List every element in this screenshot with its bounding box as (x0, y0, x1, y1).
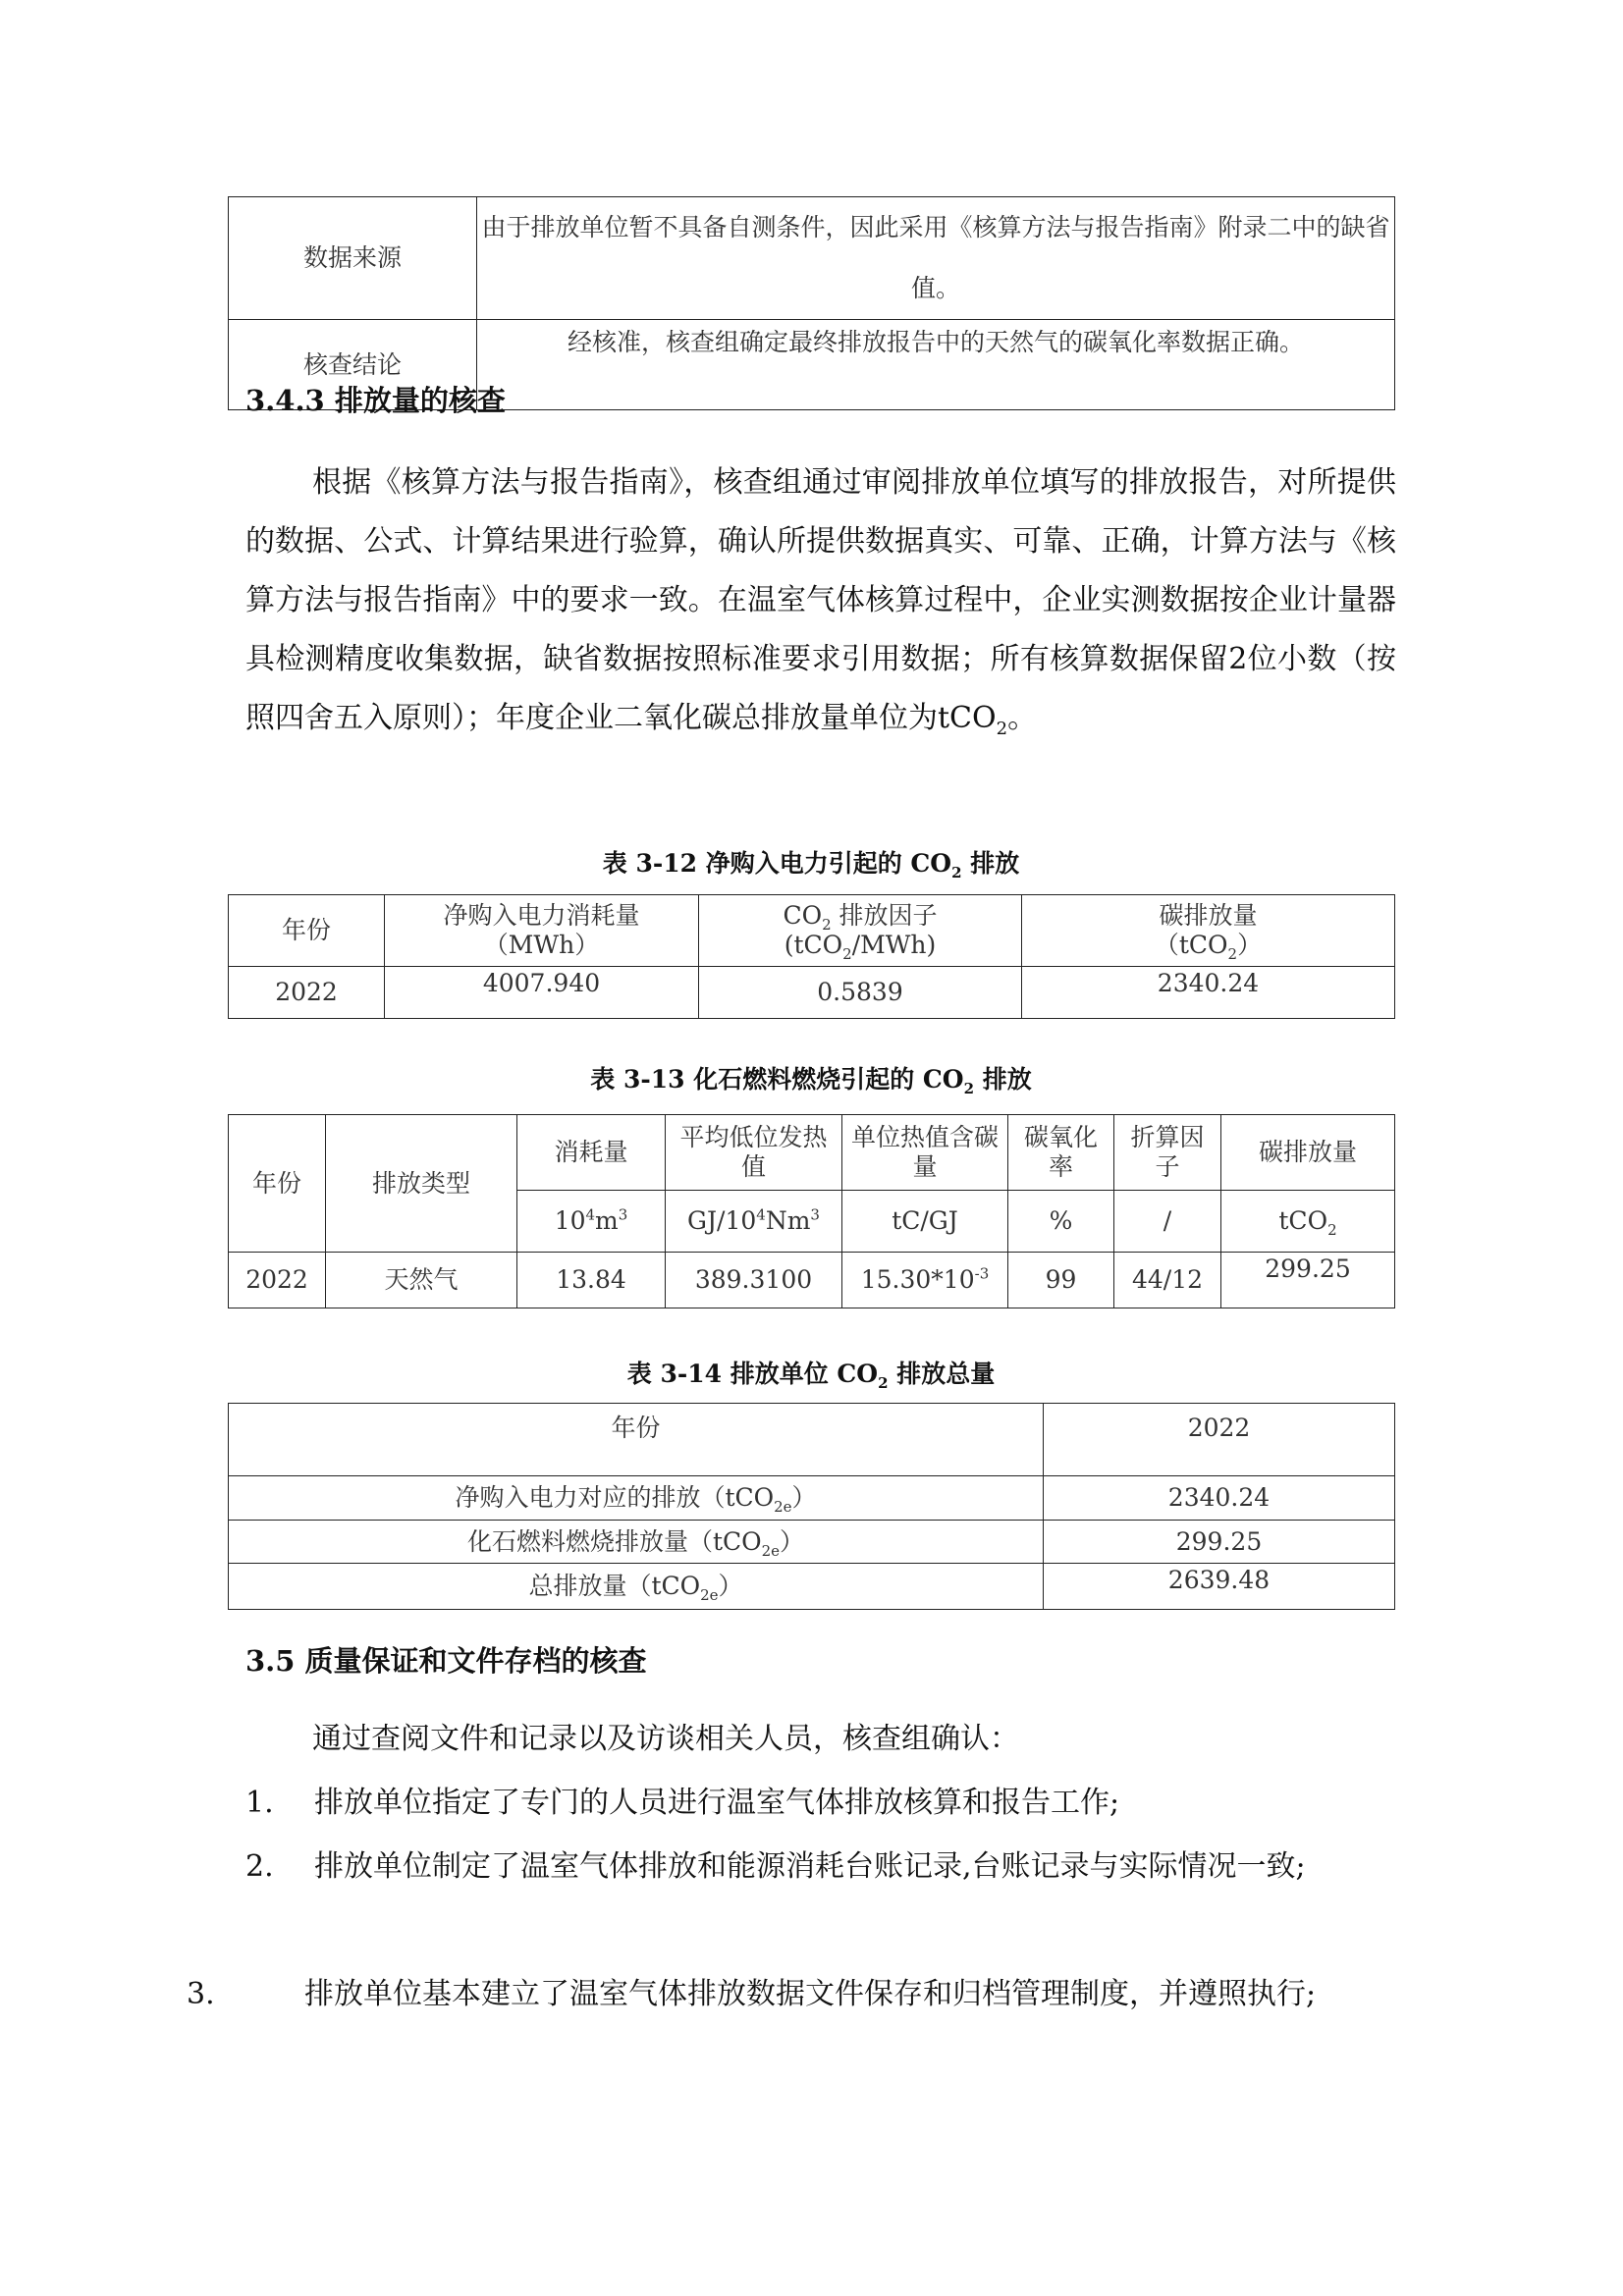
header-consumption: 净购入电力消耗量 （MWh） (385, 895, 699, 967)
table-row: 化石燃料燃烧排放量（tCO2e） 299.25 (229, 1521, 1395, 1564)
header-conversion: 折算因子 (1114, 1115, 1221, 1191)
paragraph-text: 根据《核算方法与报告指南》，核查组通过审阅排放单位填写的排放报告，对所提供的数据… (245, 465, 1396, 735)
row-text: 经核准，核查组确定最终排放报告中的天然气的碳氧化率数据正确。 (477, 320, 1395, 410)
header-emission: 碳排放量 （tCO2） (1022, 895, 1395, 967)
unit-consumption: 104m3 (517, 1191, 666, 1253)
table-row: 总排放量（tCO2e） 2639.48 (229, 1564, 1395, 1610)
header-emission: 碳排放量 (1221, 1115, 1395, 1191)
cell-emission: 299.25 (1221, 1253, 1395, 1308)
table-313: 年份 排放类型 消耗量 平均低位发热值 单位热值含碳量 碳氧化率 折算因子 碳排… (228, 1114, 1395, 1308)
header-year: 年份 (229, 1115, 326, 1253)
row-value: 2340.24 (1044, 1476, 1395, 1521)
cell-carbon-content: 15.30*10-3 (842, 1253, 1008, 1308)
table-313-caption: 表 3-13 化石燃料燃烧引起的 CO2 排放 (228, 1060, 1394, 1095)
cell-consumption: 4007.940 (385, 967, 699, 1019)
section-343-paragraph: 根据《核算方法与报告指南》，核查组通过审阅排放单位填写的排放报告，对所提供的数据… (245, 454, 1396, 748)
row-label: 化石燃料燃烧排放量（tCO2e） (229, 1521, 1044, 1564)
table-314-caption: 表 3-14 排放单位 CO2 排放总量 (228, 1355, 1394, 1390)
table-header-row: 年份 净购入电力消耗量 （MWh） CO2 排放因子 (tCO2/MWh) 碳排… (229, 895, 1395, 967)
list-item: 2.排放单位制定了温室气体排放和能源消耗台账记录,台账记录与实际情况一致; (245, 1838, 1396, 1896)
header-oxidation: 碳氧化率 (1008, 1115, 1114, 1191)
list-text: 排放单位制定了温室气体排放和能源消耗台账记录,台账记录与实际情况一致; (314, 1849, 1306, 1884)
row-label: 数据来源 (229, 197, 477, 320)
cell-conversion: 44/12 (1114, 1253, 1221, 1308)
list-text: 排放单位基本建立了温室气体排放数据文件保存和归档管理制度，并遵照执行; (304, 1977, 1316, 2011)
table-row: 数据来源 由于排放单位暂不具备自测条件，因此采用《核算方法与报告指南》附录二中的… (229, 197, 1395, 320)
unit-emission: tCO2 (1221, 1191, 1395, 1253)
section-heading-35: 3.5 质量保证和文件存档的核查 (245, 1639, 647, 1680)
table-314: 年份 2022 净购入电力对应的排放（tCO2e） 2340.24 化石燃料燃烧… (228, 1403, 1395, 1610)
row-value: 299.25 (1044, 1521, 1395, 1564)
header-year-label: 年份 (229, 1404, 1044, 1476)
header-type: 排放类型 (326, 1115, 517, 1253)
unit-ncv: GJ/104Nm3 (666, 1191, 842, 1253)
section-heading-343: 3.4.3 排放量的核查 (245, 379, 506, 419)
header-carbon-content: 单位热值含碳量 (842, 1115, 1008, 1191)
cell-year: 2022 (229, 967, 385, 1019)
table-row: 净购入电力对应的排放（tCO2e） 2340.24 (229, 1476, 1395, 1521)
unit-oxidation: % (1008, 1191, 1114, 1253)
section-35-intro: 通过查阅文件和记录以及访谈相关人员，核查组确认： (245, 1710, 1396, 1769)
cell-ncv: 389.3100 (666, 1253, 842, 1308)
table-header-row: 年份 2022 (229, 1404, 1395, 1476)
cell-factor: 0.5839 (699, 967, 1022, 1019)
header-factor: CO2 排放因子 (tCO2/MWh) (699, 895, 1022, 967)
cell-year: 2022 (229, 1253, 326, 1308)
list-item: 3.排放单位基本建立了温室气体排放数据文件保存和归档管理制度，并遵照执行; (245, 1965, 1396, 2024)
cell-consumption: 13.84 (517, 1253, 666, 1308)
list-number: 1. (245, 1774, 314, 1833)
row-value: 2639.48 (1044, 1564, 1395, 1610)
cell-oxidation: 99 (1008, 1253, 1114, 1308)
table-header-row: 年份 排放类型 消耗量 平均低位发热值 单位热值含碳量 碳氧化率 折算因子 碳排… (229, 1115, 1395, 1191)
list-text: 排放单位指定了专门的人员进行温室气体排放核算和报告工作; (314, 1786, 1119, 1820)
header-year-value: 2022 (1044, 1404, 1395, 1476)
header-consumption: 消耗量 (517, 1115, 666, 1191)
unit-carbon-content: tC/GJ (842, 1191, 1008, 1253)
table-312: 年份 净购入电力消耗量 （MWh） CO2 排放因子 (tCO2/MWh) 碳排… (228, 894, 1395, 1019)
table-row: 2022 4007.940 0.5839 2340.24 (229, 967, 1395, 1019)
cell-type: 天然气 (326, 1253, 517, 1308)
row-text: 由于排放单位暂不具备自测条件，因此采用《核算方法与报告指南》附录二中的缺省值。 (477, 197, 1395, 320)
header-ncv: 平均低位发热值 (666, 1115, 842, 1191)
table-row: 2022 天然气 13.84 389.3100 15.30*10-3 99 44… (229, 1253, 1395, 1308)
row-label: 总排放量（tCO2e） (229, 1564, 1044, 1610)
list-number: 3. (245, 1965, 304, 2024)
header-year: 年份 (229, 895, 385, 967)
row-label: 净购入电力对应的排放（tCO2e） (229, 1476, 1044, 1521)
cell-emission: 2340.24 (1022, 967, 1395, 1019)
table-312-caption: 表 3-12 净购入电力引起的 CO2 排放 (228, 844, 1394, 880)
list-item: 1.排放单位指定了专门的人员进行温室气体排放核算和报告工作; (245, 1774, 1396, 1833)
list-number: 2. (245, 1838, 314, 1896)
unit-conversion: / (1114, 1191, 1221, 1253)
